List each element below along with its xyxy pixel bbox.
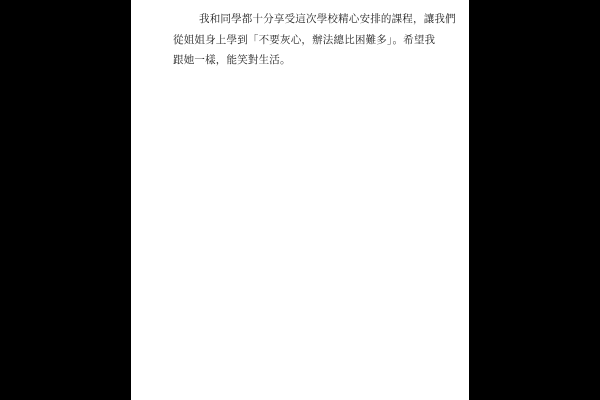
body-paragraph: 我和同學都十分享受這次學校精心安排的課程，讓我們 從姐姐身上學到「不要灰心，辦法… xyxy=(173,9,433,71)
paragraph-line-3: 跟她一樣，能笑對生活。 xyxy=(173,50,433,71)
document-page: 我和同學都十分享受這次學校精心安排的課程，讓我們 從姐姐身上學到「不要灰心，辦法… xyxy=(131,0,469,400)
paragraph-line-2: 從姐姐身上學到「不要灰心，辦法總比困難多」。希望我 xyxy=(173,30,433,51)
paragraph-line-1: 我和同學都十分享受這次學校精心安排的課程，讓我們 xyxy=(173,9,433,30)
document-viewer: 我和同學都十分享受這次學校精心安排的課程，讓我們 從姐姐身上學到「不要灰心，辦法… xyxy=(0,0,600,400)
